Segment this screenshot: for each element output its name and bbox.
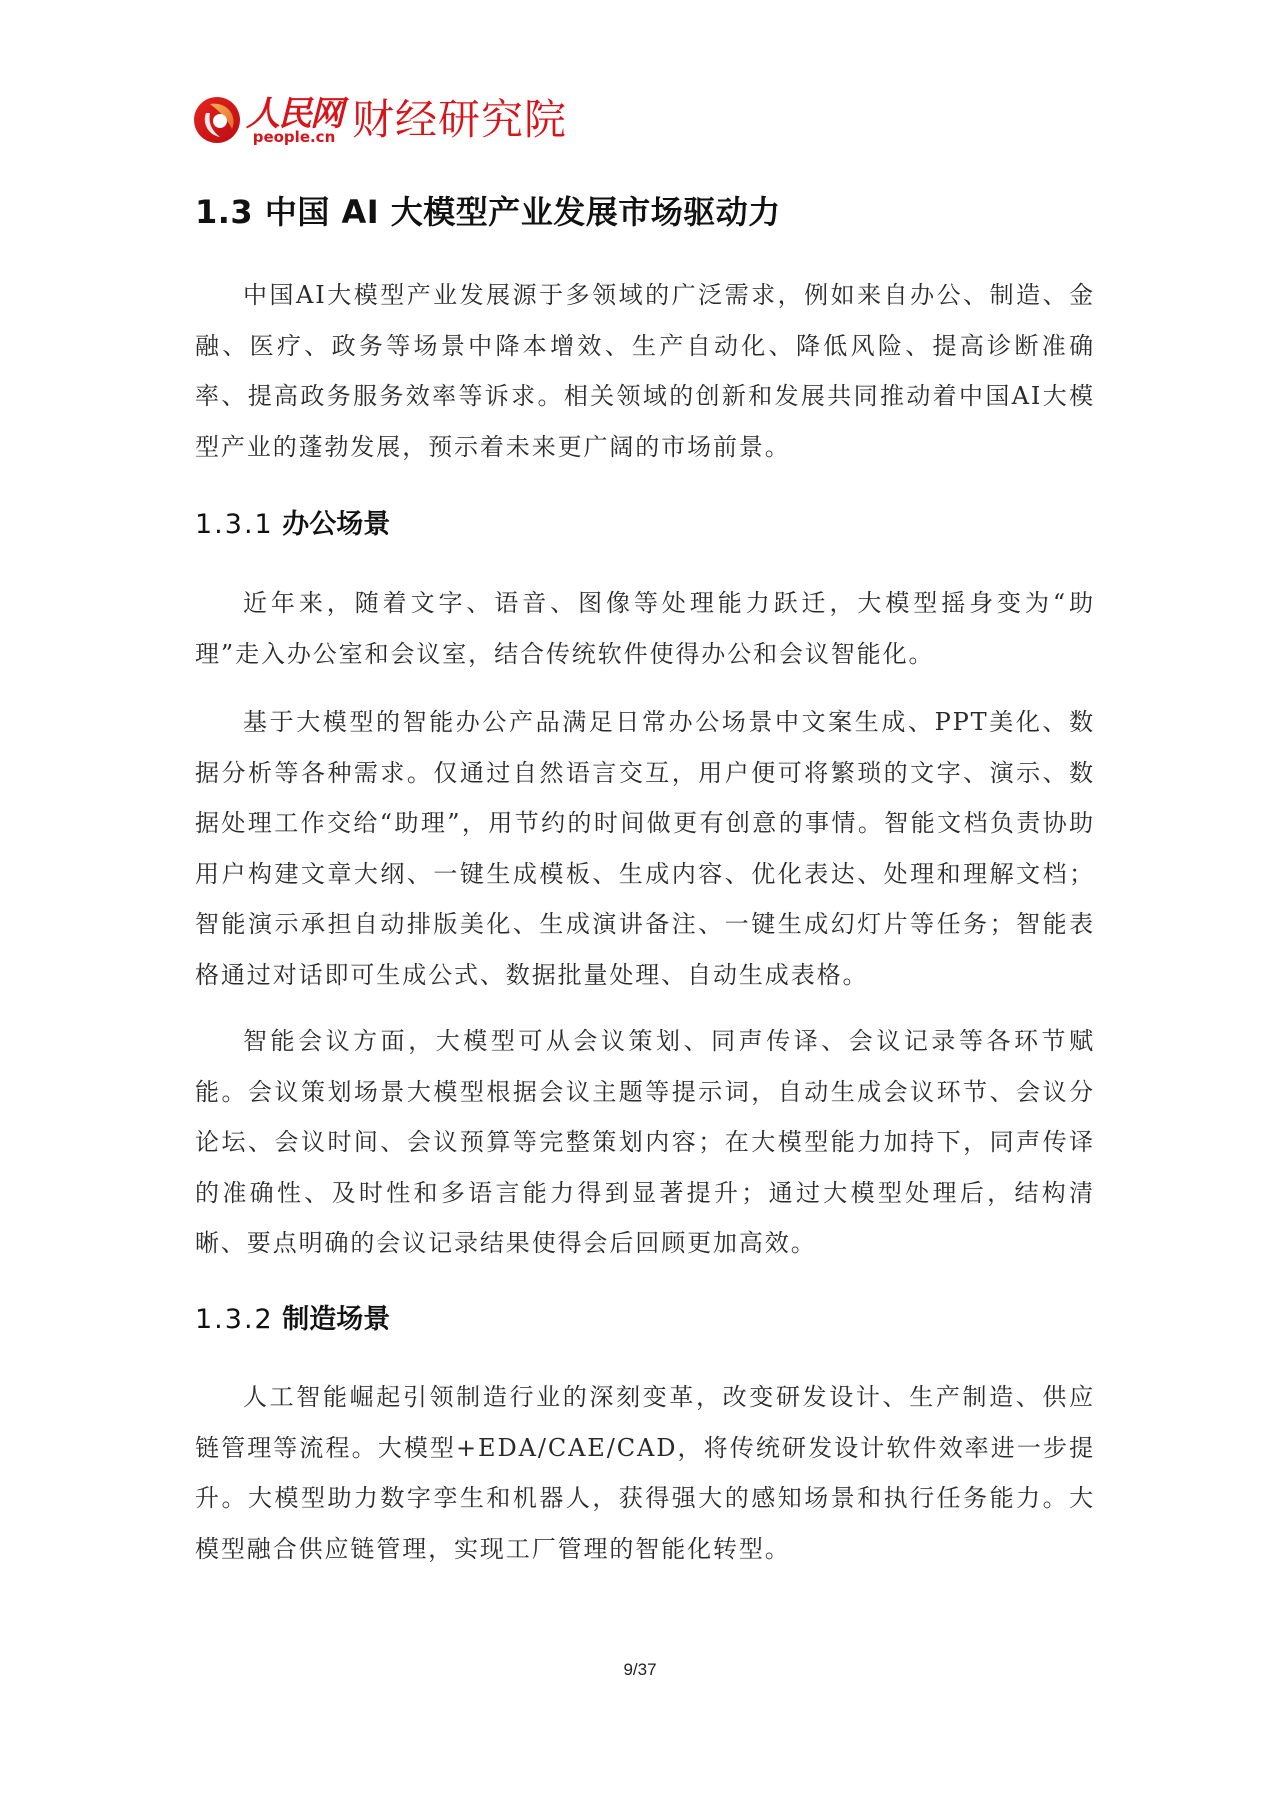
- subsection-heading-office: 1.3.1 办公场景: [195, 507, 390, 543]
- header-logo: 人民网 people.cn 财经研究院: [192, 88, 567, 152]
- logo-institute: 财经研究院: [352, 95, 567, 145]
- logo-brand-en: people.cn: [253, 129, 336, 145]
- subsection-number: 1.3.2: [195, 1304, 274, 1335]
- people-emblem-icon: [192, 95, 242, 145]
- page-number: 9/37: [0, 1660, 1280, 1680]
- subsection-number: 1.3.1: [195, 509, 274, 540]
- section-intro-paragraph: 中国AI大模型产业发展源于多领域的广泛需求，例如来自办公、制造、金融、医疗、政务…: [195, 270, 1095, 472]
- subsection-title: 制造场景: [282, 1304, 390, 1335]
- office-paragraph-2: 基于大模型的智能办公产品满足日常办公场景中文案生成、PPT美化、数据分析等各种需…: [195, 697, 1095, 1000]
- manufacturing-paragraph-1: 人工智能崛起引领制造行业的深刻变革，改变研发设计、生产制造、供应链管理等流程。大…: [195, 1372, 1095, 1574]
- document-page: 人民网 people.cn 财经研究院 1.3 中国 AI 大模型产业发展市场驱…: [0, 0, 1280, 1810]
- subsection-title: 办公场景: [282, 509, 390, 540]
- section-title: 1.3 中国 AI 大模型产业发展市场驱动力: [195, 192, 781, 232]
- office-paragraph-1: 近年来，随着文字、语音、图像等处理能力跃迁，大模型摇身变为“助理”走入办公室和会…: [195, 578, 1095, 679]
- subsection-heading-manufacturing: 1.3.2 制造场景: [195, 1302, 390, 1338]
- logo-brand: 人民网 people.cn: [246, 97, 342, 145]
- logo-brand-cn: 人民网: [246, 97, 342, 131]
- office-paragraph-3: 智能会议方面，大模型可从会议策划、同声传译、会议记录等各环节赋能。会议策划场景大…: [195, 1016, 1095, 1269]
